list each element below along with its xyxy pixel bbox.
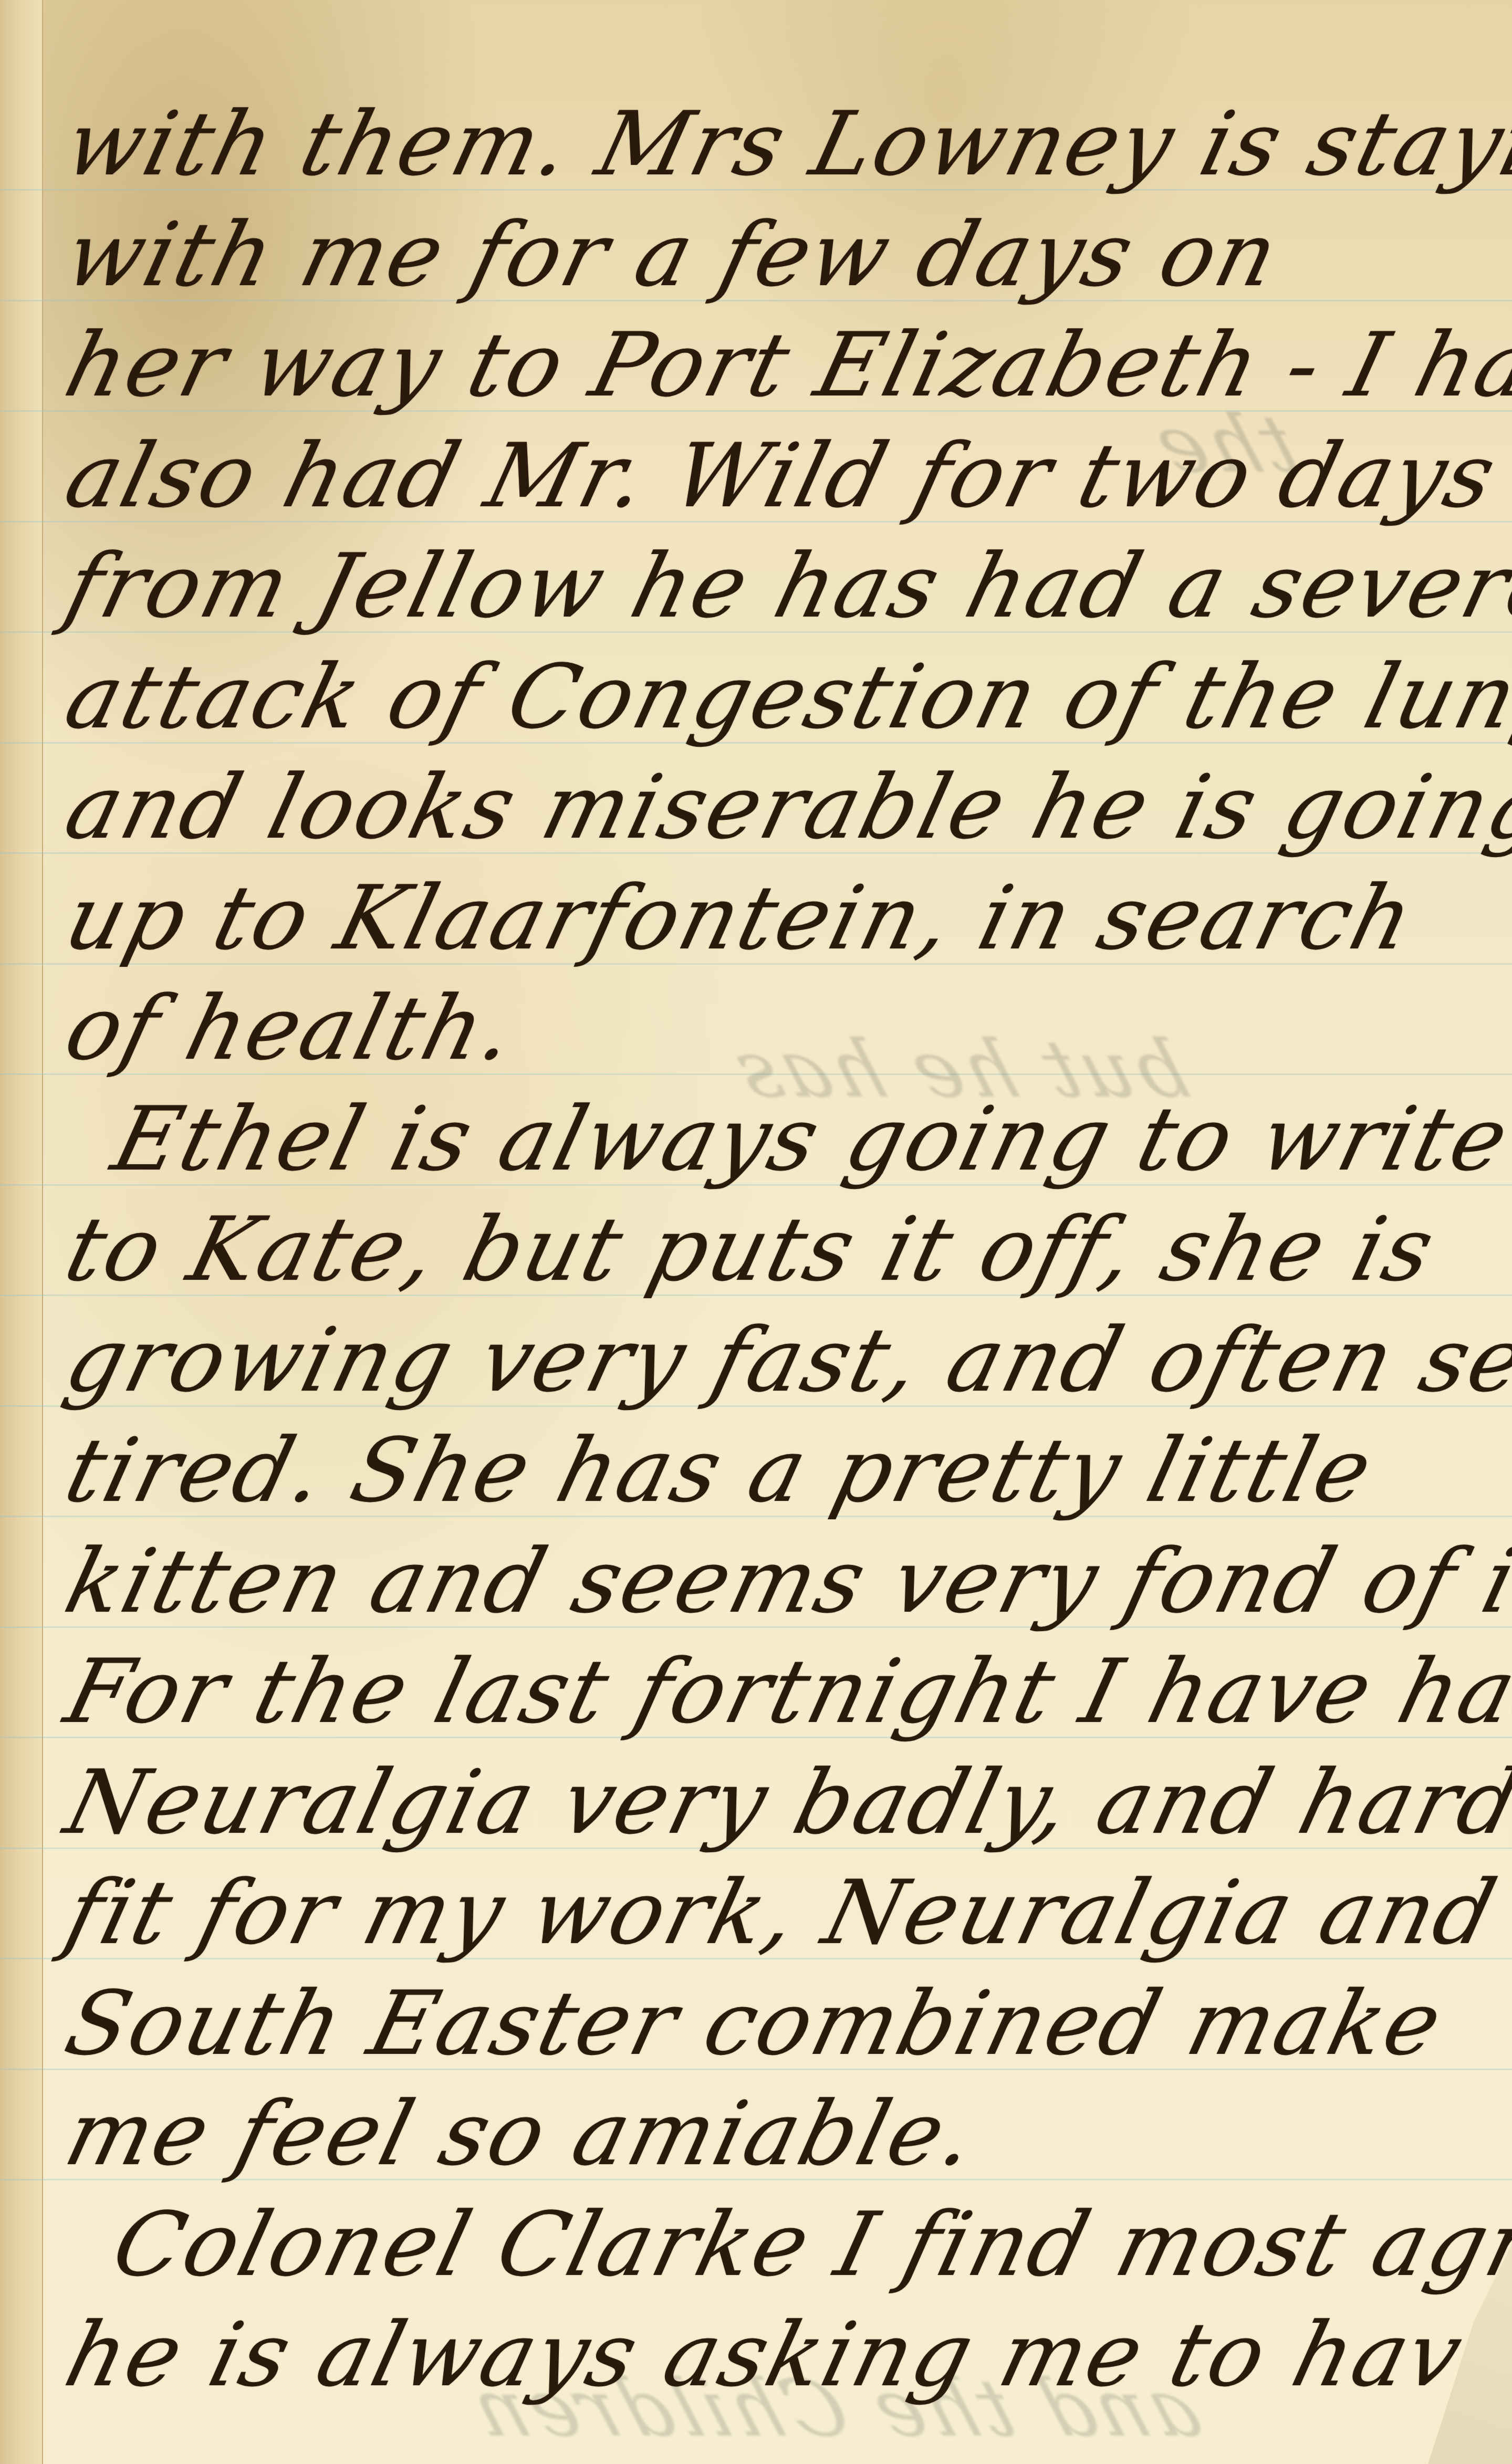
page-fold-edge [0,0,43,2464]
letter-line: and looks miserable he is going [58,763,1508,851]
letter-line: also had Mr. Wild for two days [58,432,1508,520]
letter-line: tired. She has a pretty little [58,1426,1508,1515]
letter-line: attack of Congestion of the lungs, [58,653,1508,741]
letter-line: me feel so amiable. [58,2090,1508,2178]
letter-line-paragraph-start: Colonel Clarke I find most agreeable [105,2200,1512,2289]
letter-line: with me for a few days on [58,211,1508,299]
letter-line: from Jellow he has had a severe [58,542,1508,630]
letter-line: kitten and seems very fond of it. [58,1537,1508,1625]
letter-line-paragraph-start: Ethel is always going to write [105,1095,1512,1183]
letter-line: her way to Port Elizabeth - I have [58,321,1508,409]
letter-line: For the last fortnight I have had [58,1647,1508,1736]
letter-line: South Easter combined make [58,1979,1508,2068]
letter-line: growing very fast, and often seems [58,1316,1508,1404]
letter-page: the but he has and the Children with the… [0,0,1512,2464]
letter-line: he is always asking me to have [58,2311,1508,2399]
letter-line: to Kate, but puts it off, she is [58,1205,1508,1293]
letter-line: fit for my work, Neuralgia and [58,1868,1508,1957]
letter-line: of health. [58,984,1508,1072]
letter-line: Neuralgia very badly, and hardly [58,1758,1508,1846]
letter-line: up to Klaarfontein, in search [58,874,1508,962]
letter-line: with them. Mrs Lowney is staying [58,100,1508,188]
